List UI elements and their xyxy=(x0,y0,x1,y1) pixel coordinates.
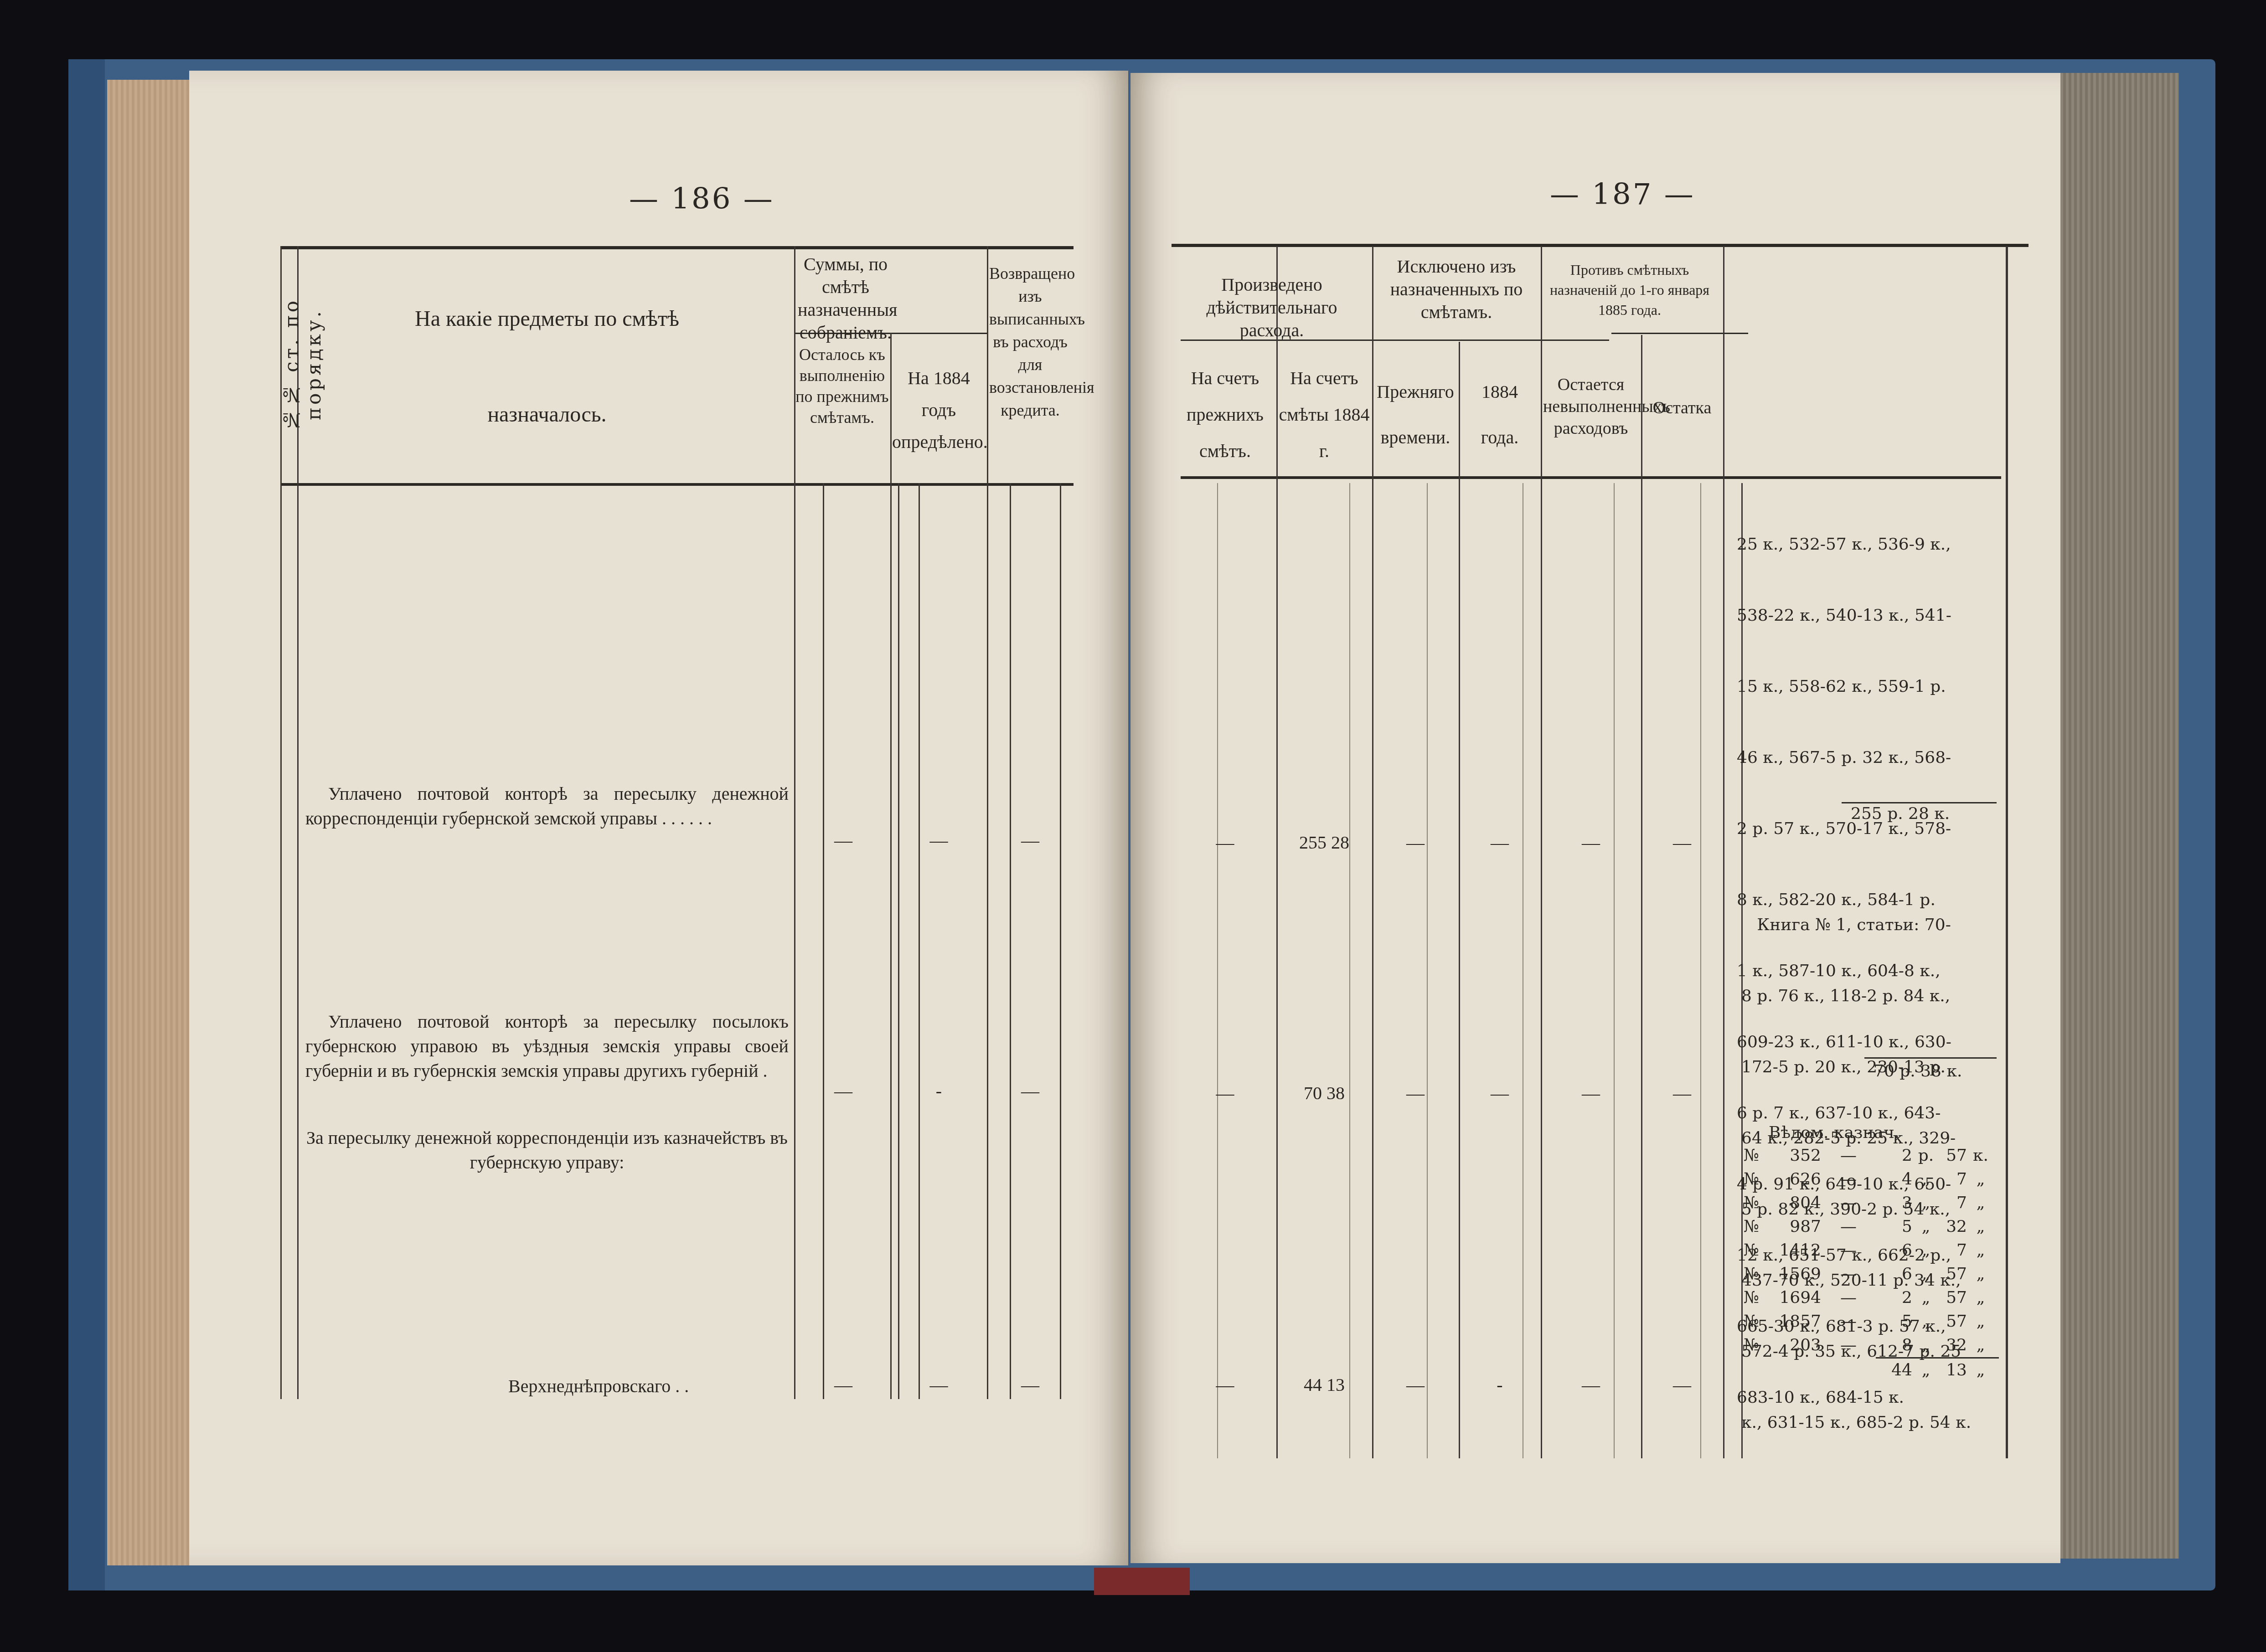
vline xyxy=(987,246,988,1399)
header-sums-1884: На 1884 годъ опредѣлено. xyxy=(892,362,986,458)
vline xyxy=(1541,246,1542,1458)
row-1884: - xyxy=(892,1080,986,1101)
book-spine xyxy=(1094,1568,1190,1595)
page-edges-right xyxy=(2060,73,2179,1559)
ved-row: №804—3„7„ xyxy=(1744,1191,1999,1215)
row-remainder: — xyxy=(1641,1082,1723,1104)
header-actual-1884: На счетъ смѣты 1884 г. xyxy=(1279,360,1370,469)
row-remainder: — xyxy=(1641,832,1723,853)
row-text: За пересылку денежной корреспонденціи из… xyxy=(305,1126,789,1175)
row-actual-prev: — xyxy=(1176,832,1274,853)
row-unfulfilled: — xyxy=(1543,832,1639,853)
ved-row: №1694—2„57„ xyxy=(1744,1286,1999,1310)
row-text: Уплачено почтовой конторѣ за пересылку п… xyxy=(305,1009,789,1083)
row-1884: — xyxy=(892,829,986,851)
left-page: — 186 — №№ ст. по порядку. На какіе пред… xyxy=(189,71,1128,1565)
row-excl-1884: — xyxy=(1461,1082,1538,1104)
header-col-subject-1: На какіе предметы по смѣтѣ xyxy=(299,308,795,330)
ved-list: №352—2р.57к. №626—4„7„ №804—3„7„ №987—5„… xyxy=(1744,1144,1999,1382)
vline xyxy=(2006,246,2008,1458)
page-number: — 186 — xyxy=(629,182,774,216)
vline xyxy=(1276,246,1278,1458)
header-excluded-group: Исключено изъ назначенныхъ по смѣтамъ. xyxy=(1374,255,1538,324)
header-excluded-1884: 1884 года. xyxy=(1461,369,1538,460)
ved-title: Вѣдом. казнач. xyxy=(1769,1121,1900,1145)
header-returned: Возвращено изъ выписанныхъ въ расходъ дл… xyxy=(989,262,1071,422)
vline xyxy=(1641,335,1642,1458)
header-sums-remaining: Осталось къ выполненію по прежнимъ смѣта… xyxy=(795,344,889,428)
header-against-group: Противъ смѣтныхъ назначеній до 1-го янва… xyxy=(1543,260,1716,320)
ved-row: №626—4„7„ xyxy=(1744,1168,1999,1191)
vline xyxy=(890,333,892,1399)
row-remaining: — xyxy=(795,829,891,851)
row-remaining: — xyxy=(795,1080,891,1101)
row-text: Верхнеднѣпровскаго . . xyxy=(508,1374,791,1399)
table-top-rule xyxy=(1172,244,2029,247)
sum-line xyxy=(1876,1357,1999,1359)
vline xyxy=(1700,483,1701,1458)
header-col-subject-2: назначалось. xyxy=(299,403,795,426)
ved-row: №987—5„32„ xyxy=(1744,1215,1999,1239)
ved-row: №203—8„32„ xyxy=(1744,1333,1999,1357)
header-against-remainder: Остатка xyxy=(1641,396,1723,419)
note-total-2: 70 р. 38 к. xyxy=(1874,1060,1962,1083)
ved-row: №352—2р.57к. xyxy=(1744,1144,1999,1168)
row-text: Уплачено почтовой конторѣ за пересылку д… xyxy=(305,782,789,831)
right-page: — 187 — Произведено дѣйствительнаго расх… xyxy=(1130,73,2060,1563)
ved-row: №1412—6„7„ xyxy=(1744,1239,1999,1262)
vline xyxy=(1010,483,1011,1399)
header-actual-group: Произведено дѣйствительнаго расхода. xyxy=(1176,273,1368,342)
row-actual-1884: 255 28 xyxy=(1279,832,1370,853)
row-1884: — xyxy=(892,1374,986,1395)
row-unfulfilled: — xyxy=(1543,1374,1639,1395)
vline xyxy=(823,483,824,1399)
row-excl-prev: — xyxy=(1374,832,1456,853)
header-col-number: №№ ст. по порядку. xyxy=(280,253,297,476)
row-remaining: — xyxy=(795,1374,891,1395)
header-sums-group: Суммы, по смѣтѣ назначенныя собраніемъ. xyxy=(798,253,893,344)
sum-line xyxy=(1864,1057,1997,1059)
header-actual-prev: На счетъ прежнихъ смѣтъ. xyxy=(1176,360,1274,469)
ved-total: 44„13„ xyxy=(1744,1359,1999,1382)
vline xyxy=(1217,483,1218,1458)
note-total-1: 255 р. 28 к. xyxy=(1851,802,1950,826)
row-excl-1884: — xyxy=(1461,832,1538,853)
page-edges-left xyxy=(107,80,189,1565)
header-bottom-rule xyxy=(1181,476,2001,479)
vline xyxy=(1614,483,1615,1458)
row-returned: — xyxy=(989,829,1071,851)
ved-row: №1569—6„57„ xyxy=(1744,1262,1999,1286)
header-against-unfulfilled: Остается невыполненныхъ расходовъ xyxy=(1543,374,1639,439)
page-number: — 187 — xyxy=(1550,178,1695,211)
vline xyxy=(1723,246,1724,1458)
vline xyxy=(1459,342,1460,1458)
table-top-rule xyxy=(280,246,1074,249)
vline xyxy=(919,483,920,1399)
vline xyxy=(1349,483,1350,1458)
row-returned: — xyxy=(989,1080,1071,1101)
vline xyxy=(1060,483,1061,1399)
vline xyxy=(1427,483,1428,1458)
header-excluded-prev: Прежняго времени. xyxy=(1374,369,1456,460)
row-excl-prev: — xyxy=(1374,1082,1456,1104)
row-excl-1884: - xyxy=(1461,1374,1538,1395)
vline xyxy=(1523,483,1523,1458)
row-actual-prev: — xyxy=(1176,1082,1274,1104)
header-subrule xyxy=(1611,333,1748,334)
row-actual-prev: — xyxy=(1176,1374,1274,1395)
vline xyxy=(898,483,899,1399)
row-unfulfilled: — xyxy=(1543,1082,1639,1104)
row-returned: — xyxy=(989,1374,1071,1395)
book-cover-edge xyxy=(68,59,105,1590)
row-excl-prev: — xyxy=(1374,1374,1456,1395)
row-actual-1884: 44 13 xyxy=(1279,1374,1370,1395)
row-actual-1884: 70 38 xyxy=(1279,1082,1370,1104)
row-remainder: — xyxy=(1641,1374,1723,1395)
vline xyxy=(1372,246,1373,1458)
ved-row: №1857—5„57„ xyxy=(1744,1310,1999,1333)
header-bottom-rule xyxy=(280,483,1074,486)
